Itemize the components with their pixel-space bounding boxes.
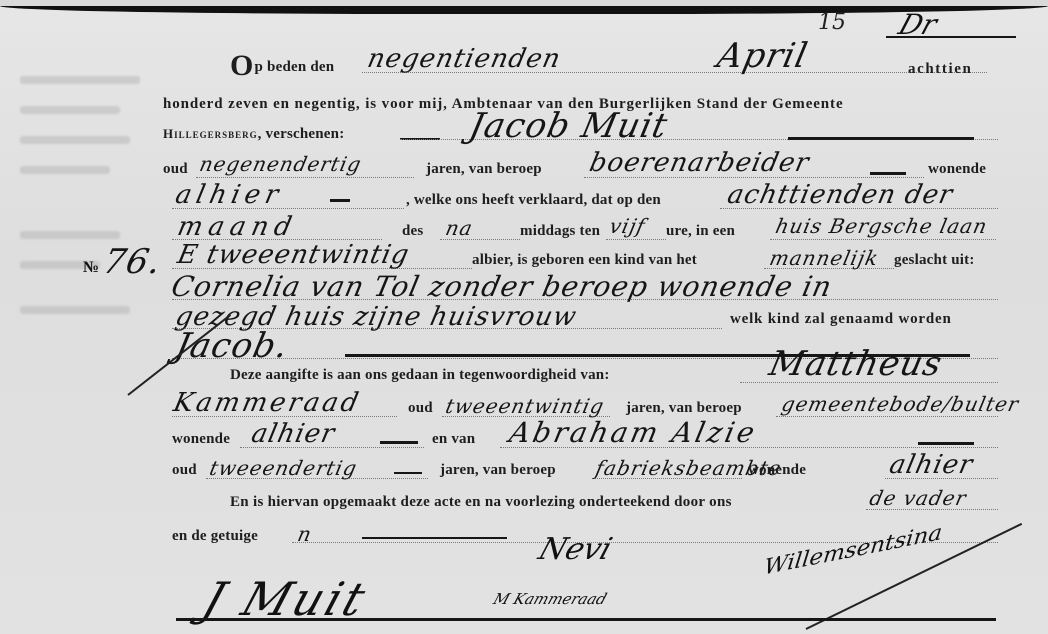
- handwritten-day: negentienden: [365, 44, 564, 74]
- print-text: Op beden den: [230, 49, 334, 83]
- print-text: geslacht uit:: [894, 252, 975, 269]
- signature-registrar: Willemsentsina: [763, 521, 944, 581]
- handwritten-place: huis Bergsche laan: [773, 214, 989, 238]
- dotted-guide: [770, 239, 996, 240]
- handwritten-date: achttienden der: [725, 180, 956, 210]
- print-text: wonende: [172, 431, 230, 448]
- act-number: 76.: [100, 242, 166, 282]
- handwritten-age: tweeendertig: [207, 456, 359, 480]
- handwritten-occupation: boerenarbeider: [587, 148, 812, 178]
- bleed-through-text: [20, 166, 110, 174]
- fill-rule: [870, 172, 906, 175]
- fill-rule: [380, 441, 418, 444]
- margin-mark-underline: [886, 36, 1016, 38]
- handwritten-month: April: [714, 36, 812, 76]
- handwritten-age: negenendertig: [197, 152, 363, 176]
- print-text: En is hiervan opgemaakt deze acte en na …: [230, 494, 732, 511]
- print-text: en van: [432, 431, 475, 448]
- print-text: , welke ons heeft verklaard, dat op den: [406, 192, 661, 209]
- registry-page: 15 Dr Op beden den negentienden April ac…: [0, 6, 1048, 634]
- handwritten-hour: vijf: [607, 214, 647, 238]
- fill-rule: [330, 199, 350, 202]
- handwritten-residence: alhier: [173, 180, 286, 210]
- print-text: oud: [172, 462, 197, 479]
- page-number: 15: [818, 10, 846, 35]
- scan-top-edge: [0, 6, 1048, 14]
- fill-rule: [362, 537, 507, 539]
- bleed-through-text: [20, 231, 120, 239]
- closing-rule: [176, 618, 996, 621]
- dotted-guide: [196, 177, 414, 178]
- print-text: oud: [408, 400, 433, 417]
- signature-witness2: Nevi: [534, 532, 616, 567]
- handwritten-witness1-last: Kammeraad: [171, 388, 364, 418]
- print-text: ure, in een: [666, 223, 735, 240]
- print-text: jaren, van beroep: [426, 161, 542, 178]
- print-text: achttien: [908, 61, 972, 78]
- handwritten-witness1-first: Mattheus: [766, 344, 946, 384]
- act-number-label: №: [83, 259, 99, 277]
- dotted-guide: [606, 239, 666, 240]
- print-text: wonende: [928, 161, 986, 178]
- handwritten-occupation: gemeentebode/bulter: [779, 392, 1021, 416]
- fill-rule: [394, 472, 422, 474]
- print-text: middags ten: [520, 223, 600, 240]
- print-text: des: [402, 223, 423, 240]
- print-text: oud: [163, 161, 188, 178]
- handwritten-declarant-name: Jacob Muit: [466, 106, 672, 146]
- handwritten-sex: mannelijk: [767, 246, 881, 270]
- handwritten-text: de vader: [867, 486, 969, 510]
- print-text: jaren, van beroep: [626, 400, 742, 417]
- fill-rule: [918, 442, 974, 445]
- handwritten-text: na: [443, 216, 475, 240]
- print-text: en de getuige: [172, 528, 258, 545]
- handwritten-mother: Cornelia van Tol zonder beroep wonende i…: [168, 270, 835, 303]
- bleed-through-text: [20, 306, 130, 314]
- print-text: Deze aangifte is aan ons gedaan in tegen…: [230, 367, 610, 384]
- handwritten-residence: alhier: [249, 419, 338, 449]
- fill-rule: [788, 137, 974, 140]
- print-text: wonende: [748, 462, 806, 479]
- handwritten-text: maand: [175, 212, 300, 242]
- print-text: albier, is geboren een kind van het: [472, 252, 697, 269]
- bleed-through-text: [20, 106, 120, 114]
- print-text: welk kind zal genaamd worden: [730, 311, 952, 328]
- bleed-through-text: [20, 136, 130, 144]
- handwritten-age: tweeentwintig: [443, 394, 606, 418]
- bleed-through-text: [20, 76, 140, 84]
- signature-witness1: M Kammeraad: [491, 590, 609, 608]
- handwritten-residence: alhier: [887, 450, 976, 480]
- print-text: Hillegersberg, verschenen:: [163, 126, 344, 143]
- dotted-guide: [776, 416, 998, 417]
- handwritten-text: E tweeentwintig: [175, 240, 412, 270]
- handwritten-witness2: Abraham Alzie: [506, 416, 760, 449]
- print-text: jaren, van beroep: [440, 462, 556, 479]
